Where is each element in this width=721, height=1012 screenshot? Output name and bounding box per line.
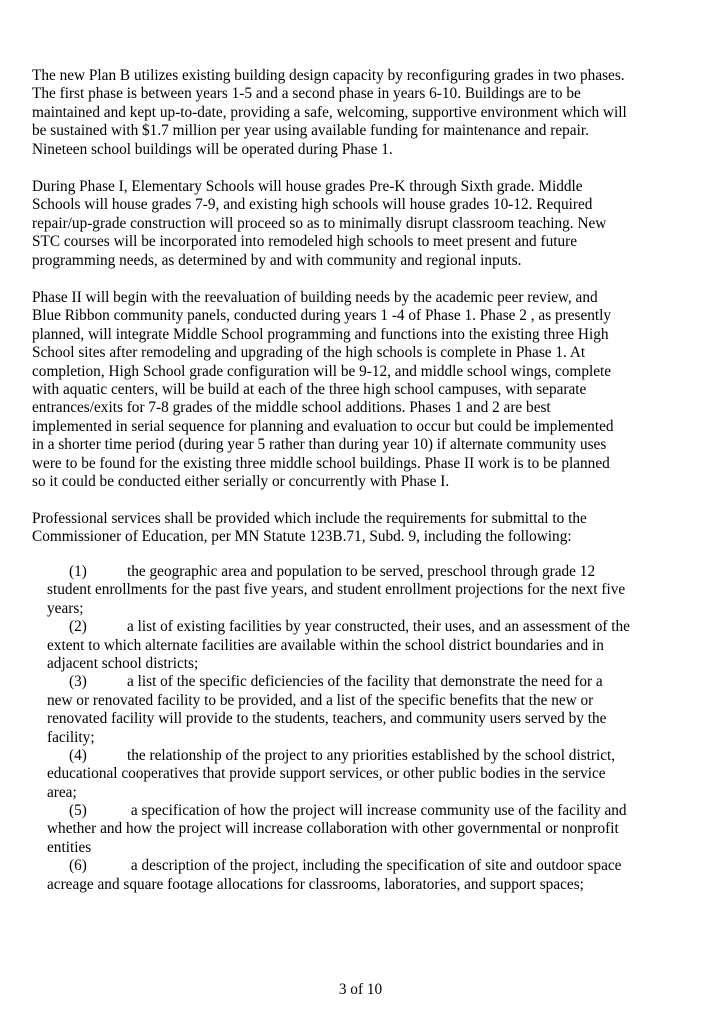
list-item-text: the geographic area and population to be… — [127, 563, 595, 580]
list-item-number: (2) — [47, 618, 127, 636]
list-item-text: a list of existing facilities by year co… — [127, 618, 630, 635]
text-line: Schools will house grades 7-9, and exist… — [32, 196, 672, 214]
paragraph-phase-two: Phase II will begin with the reevaluatio… — [32, 289, 672, 491]
text-line: School sites after remodeling and upgrad… — [32, 344, 672, 362]
list-item-number: (4) — [47, 747, 127, 765]
text-line: The first phase is between years 1-5 and… — [32, 85, 672, 103]
list-item-text: the relationship of the project to any p… — [127, 747, 615, 764]
list-item-number: (1) — [47, 563, 127, 581]
text-line: The new Plan B utilizes existing buildin… — [32, 67, 672, 85]
text-line: student enrollments for the past five ye… — [47, 581, 677, 599]
text-line: Phase II will begin with the reevaluatio… — [32, 289, 672, 307]
text-line: programming needs, as determined by and … — [32, 252, 672, 270]
paragraph-plan-b-overview: The new Plan B utilizes existing buildin… — [32, 67, 672, 159]
list-item: (3)a list of the specific deficiencies o… — [47, 673, 677, 747]
text-line: whether and how the project will increas… — [47, 820, 677, 838]
text-line: Commissioner of Education, per MN Statut… — [32, 528, 672, 546]
text-line: area; — [47, 784, 677, 802]
text-line: STC courses will be incorporated into re… — [32, 233, 672, 251]
list-item: (5) a specification of how the project w… — [47, 802, 677, 857]
text-line: acreage and square footage allocations f… — [47, 876, 677, 894]
requirements-list: (1)the geographic area and population to… — [47, 563, 677, 894]
text-line: be sustained with $1.7 million per year … — [32, 122, 672, 140]
text-line: facility; — [47, 729, 677, 747]
text-line: Nineteen school buildings will be operat… — [32, 141, 672, 159]
text-line: adjacent school districts; — [47, 655, 677, 673]
list-item-text: a list of the specific deficiencies of t… — [127, 673, 603, 690]
text-line: in a shorter time period (during year 5 … — [32, 436, 672, 454]
text-line: During Phase I, Elementary Schools will … — [32, 178, 672, 196]
list-item-number: (3) — [47, 673, 127, 691]
list-item: (2)a list of existing facilities by year… — [47, 618, 677, 673]
text-line: Blue Ribbon community panels, conducted … — [32, 307, 672, 325]
text-line: extent to which alternate facilities are… — [47, 637, 677, 655]
list-item-text: a specification of how the project will … — [127, 802, 627, 819]
text-line: so it could be conducted either serially… — [32, 473, 672, 491]
list-item-number: (5) — [47, 802, 127, 820]
list-item-number: (6) — [47, 857, 127, 875]
text-line: maintained and kept up-to-date, providin… — [32, 104, 672, 122]
list-item: (4)the relationship of the project to an… — [47, 747, 677, 802]
page-number-footer: 3 of 10 — [0, 981, 721, 999]
text-line: repair/up-grade construction will procee… — [32, 215, 672, 233]
document-page: The new Plan B utilizes existing buildin… — [0, 0, 721, 1012]
list-item: (1)the geographic area and population to… — [47, 563, 677, 618]
text-line: educational cooperatives that provide su… — [47, 765, 677, 783]
text-line: Professional services shall be provided … — [32, 510, 672, 528]
text-line: completion, High School grade configurat… — [32, 363, 672, 381]
list-item-text: a description of the project, including … — [127, 857, 621, 874]
text-line: years; — [47, 600, 677, 618]
text-line: entities — [47, 839, 677, 857]
text-line: entrances/exits for 7-8 grades of the mi… — [32, 399, 672, 417]
text-line: planned, will integrate Middle School pr… — [32, 326, 672, 344]
paragraph-phase-one: During Phase I, Elementary Schools will … — [32, 178, 672, 270]
text-line: renovated facility will provide to the s… — [47, 710, 677, 728]
list-item: (6) a description of the project, includ… — [47, 857, 677, 894]
text-line: with aquatic centers, will be build at e… — [32, 381, 672, 399]
text-line: were to be found for the existing three … — [32, 455, 672, 473]
text-line: implemented in serial sequence for plann… — [32, 418, 672, 436]
paragraph-professional-services: Professional services shall be provided … — [32, 510, 672, 547]
text-line: new or renovated facility to be provided… — [47, 692, 677, 710]
